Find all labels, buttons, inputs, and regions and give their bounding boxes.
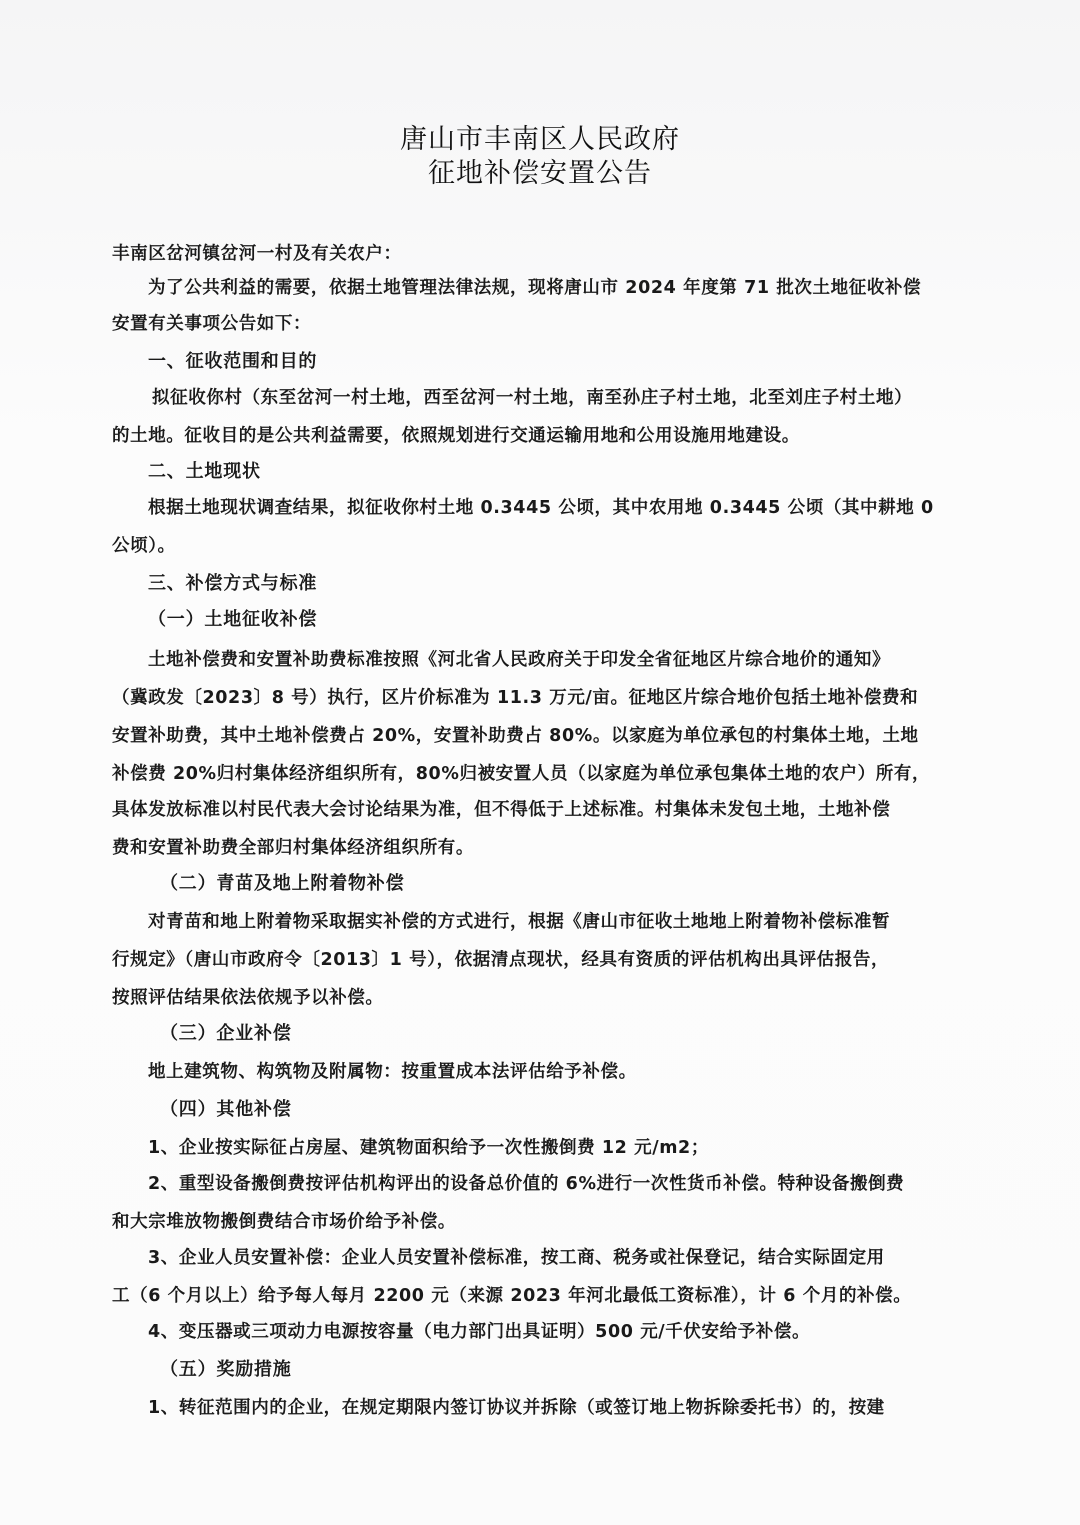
sub1-line-4: 补偿费 20%归村集体经济组织所有，80%归被安置人员（以家庭为单位承包集体土地… <box>112 762 930 786</box>
sub2-line-3: 按照评估结果依法依规予以补偿。 <box>112 986 384 1010</box>
section2-line-2: 公顷）。 <box>112 534 176 558</box>
document-title-line2: 征地补偿安置公告 <box>0 151 1080 190</box>
sub1-line-3: 安置补助费，其中土地补偿费占 20%，安置补助费占 80%。以家庭为单位承包的村… <box>112 724 919 748</box>
addressee: 丰南区岔河镇岔河一村及有关农户： <box>112 242 402 266</box>
sub5-line-1: 1、转征范围内的企业，在规定期限内签订协议并拆除（或签订地上物拆除委托书）的，按… <box>148 1396 885 1420</box>
intro-line-1: 为了公共利益的需要，依据土地管理法律法规，现将唐山市 2024 年度第 71 批… <box>148 276 921 300</box>
sub4-line-1: 1、企业按实际征占房屋、建筑物面积给予一次性搬倒费 12 元/m2； <box>148 1136 709 1160</box>
sub1-line-5: 具体发放标准以村民代表大会讨论结果为准，但不得低于上述标准。村集体未发包土地，土… <box>112 798 890 822</box>
sub3-heading: （三）企业补偿 <box>160 1022 292 1046</box>
sub4-line-2: 2、重型设备搬倒费按评估机构评出的设备总价值的 6%进行一次性货币补偿。特种设备… <box>148 1172 904 1196</box>
sub2-line-2: 行规定》（唐山市政府令〔2013〕1 号），依据清点现状，经具有资质的评估机构出… <box>112 948 889 972</box>
sub4-line-3: 和大宗堆放物搬倒费结合市场价给予补偿。 <box>112 1210 456 1234</box>
section1-heading: 一、征收范围和目的 <box>148 350 317 374</box>
section1-line-1: 拟征收你村（东至岔河一村土地，西至岔河一村土地，南至孙庄子村土地，北至刘庄子村土… <box>152 386 912 410</box>
intro-line-2: 安置有关事项公告如下： <box>112 312 311 336</box>
sub4-line-4: 3、企业人员安置补偿：企业人员安置补偿标准，按工商、税务或社保登记，结合实际固定… <box>148 1246 885 1270</box>
sub1-heading: （一）土地征收补偿 <box>148 608 317 632</box>
sub1-line-2: （冀政发〔2023〕8 号）执行，区片价标准为 11.3 万元/亩。征地区片综合… <box>112 686 918 710</box>
section3-heading: 三、补偿方式与标准 <box>148 572 317 596</box>
document-page: 唐山市丰南区人民政府 征地补偿安置公告 丰南区岔河镇岔河一村及有关农户： 为了公… <box>0 0 1080 1525</box>
sub2-line-1: 对青苗和地上附着物采取据实补偿的方式进行，根据《唐山市征收土地地上附着物补偿标准… <box>148 910 890 934</box>
section2-heading: 二、土地现状 <box>148 460 261 484</box>
sub4-line-5: 工（6 个月以上）给予每人每月 2200 元（来源 2023 年河北最低工资标准… <box>112 1284 911 1308</box>
section1-line-2: 的土地。征收目的是公共利益需要，依照规划进行交通运输用地和公用设施用地建设。 <box>112 424 800 448</box>
sub5-heading: （五）奖励措施 <box>160 1358 292 1382</box>
sub1-line-6: 费和安置补助费全部归村集体经济组织所有。 <box>112 836 474 860</box>
sub2-heading: （二）青苗及地上附着物补偿 <box>160 872 404 896</box>
sub1-line-1: 土地补偿费和安置补助费标准按照《河北省人民政府关于印发全省征地区片综合地价的通知… <box>148 648 890 672</box>
sub3-line-1: 地上建筑物、构筑物及附属物：按重置成本法评估给予补偿。 <box>148 1060 637 1084</box>
sub4-heading: （四）其他补偿 <box>160 1098 292 1122</box>
section2-line-1: 根据土地现状调查结果，拟征收你村土地 0.3445 公顷，其中农用地 0.344… <box>148 496 934 520</box>
sub4-line-6: 4、变压器或三项动力电源按容量（电力部门出具证明）500 元/千伏安给予补偿。 <box>148 1320 810 1344</box>
